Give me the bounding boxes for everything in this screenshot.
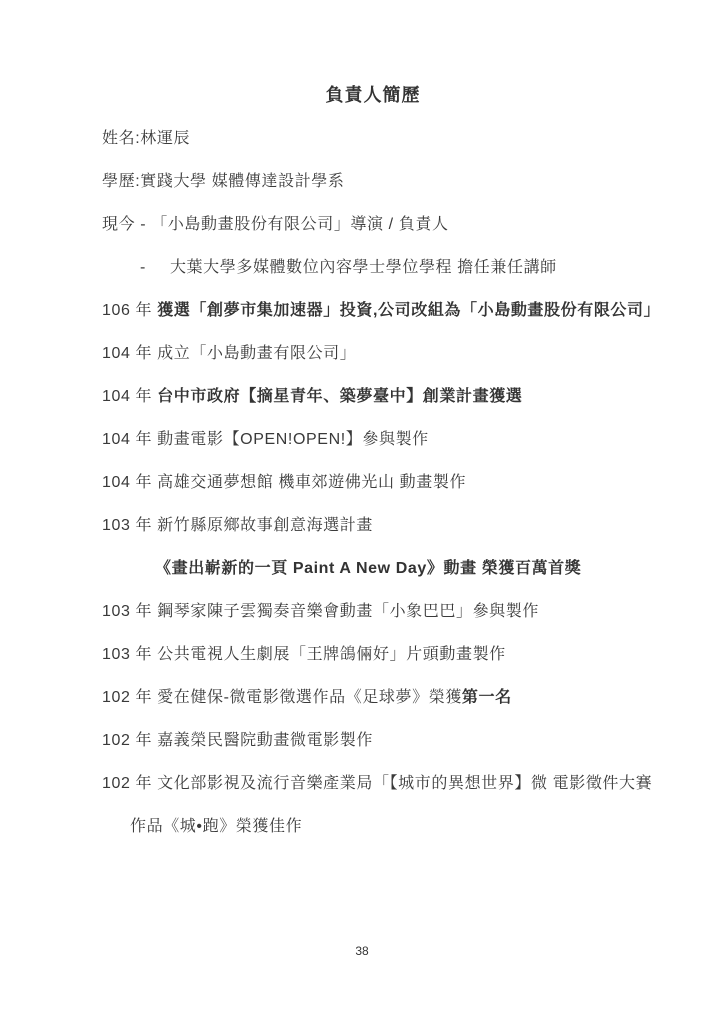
resume-line: 103 年 新竹縣原鄉故事創意海選計畫 [102, 504, 644, 547]
page-number: 38 [0, 941, 724, 961]
resume-line: 106 年 獲選「創夢市集加速器」投資,公司改組為「小島動畫股份有限公司」 [102, 289, 644, 332]
resume-line: 《畫出嶄新的一頁 Paint A New Day》動畫 榮獲百萬首獎 [102, 547, 644, 590]
resume-line: 104 年 成立「小島動畫有限公司」 [102, 332, 644, 375]
resume-line-segment: 姓名:林運辰 [102, 130, 190, 147]
resume-line-segment: 104 年 動畫電影【OPEN!OPEN!】參與製作 [102, 431, 429, 448]
resume-line-segment: 獲選「創夢市集加速器」投資,公司改組為「小島動畫股份有限公司」 [157, 302, 660, 319]
resume-line: 作品《城•跑》榮獲佳作 [102, 805, 644, 848]
resume-line: 104 年 動畫電影【OPEN!OPEN!】參與製作 [102, 418, 644, 461]
resume-line-segment: 台中市政府【摘星青年、築夢臺中】創業計畫獲選 [157, 388, 522, 405]
resume-line: 104 年 台中市政府【摘星青年、築夢臺中】創業計畫獲選 [102, 375, 644, 418]
resume-line-segment: 《畫出嶄新的一頁 Paint A New Day》動畫 榮獲百萬首獎 [155, 560, 581, 577]
resume-line: 102 年 愛在健保-微電影徵選作品《足球夢》榮獲第一名 [102, 676, 644, 719]
resume-line-segment: 104 年 [102, 388, 157, 405]
document-page: 負責人簡歷 姓名:林運辰學歷:實踐大學 媒體傳達設計學系現今 - 「小島動畫股份… [0, 0, 724, 1024]
resume-line-segment: 現今 - 「小島動畫股份有限公司」導演 / 負責人 [102, 216, 449, 233]
resume-line-segment: - [140, 259, 146, 276]
resume-line: 現今 - 「小島動畫股份有限公司」導演 / 負責人 [102, 203, 644, 246]
resume-line-segment: 大葉大學多媒體數位內容學士學位學程 擔任兼任講師 [170, 259, 557, 276]
resume-line-segment: 103 年 新竹縣原鄉故事創意海選計畫 [102, 517, 373, 534]
resume-line-segment: 103 年 鋼琴家陳子雲獨奏音樂會動畫「小象巴巴」參與製作 [102, 603, 539, 620]
resume-line-segment: 102 年 嘉義榮民醫院動畫微電影製作 [102, 732, 373, 749]
resume-line-segment: 學歷:實踐大學 媒體傳達設計學系 [102, 173, 345, 190]
resume-line: 103 年 公共電視人生劇展「王牌鴿倆好」片頭動畫製作 [102, 633, 644, 676]
resume-line-segment: 103 年 公共電視人生劇展「王牌鴿倆好」片頭動畫製作 [102, 646, 506, 663]
resume-line-segment: 104 年 成立「小島動畫有限公司」 [102, 345, 356, 362]
resume-line: 102 年 嘉義榮民醫院動畫微電影製作 [102, 719, 644, 762]
resume-line: 姓名:林運辰 [102, 117, 644, 160]
resume-line: 104 年 高雄交通夢想館 機車郊遊佛光山 動畫製作 [102, 461, 644, 504]
resume-line-segment: 作品《城•跑》榮獲佳作 [130, 818, 302, 835]
page-title: 負責人簡歷 [102, 74, 644, 117]
resume-line: 102 年 文化部影視及流行音樂產業局「【城市的異想世界】微 電影徵件大賽 [102, 762, 644, 805]
resume-line: 學歷:實踐大學 媒體傳達設計學系 [102, 160, 644, 203]
resume-line: -大葉大學多媒體數位內容學士學位學程 擔任兼任講師 [102, 246, 644, 289]
resume-body: 姓名:林運辰學歷:實踐大學 媒體傳達設計學系現今 - 「小島動畫股份有限公司」導… [102, 117, 644, 848]
resume-content: 負責人簡歷 姓名:林運辰學歷:實踐大學 媒體傳達設計學系現今 - 「小島動畫股份… [102, 74, 644, 848]
resume-line-segment: 102 年 愛在健保-微電影徵選作品《足球夢》榮獲 [102, 689, 462, 706]
resume-line-segment: 102 年 文化部影視及流行音樂產業局「【城市的異想世界】微 電影徵件大賽 [102, 775, 652, 792]
resume-line-segment: 104 年 高雄交通夢想館 機車郊遊佛光山 動畫製作 [102, 474, 466, 491]
resume-line: 103 年 鋼琴家陳子雲獨奏音樂會動畫「小象巴巴」參與製作 [102, 590, 644, 633]
resume-line-segment: 第一名 [462, 689, 512, 706]
resume-line-segment: 106 年 [102, 302, 157, 319]
